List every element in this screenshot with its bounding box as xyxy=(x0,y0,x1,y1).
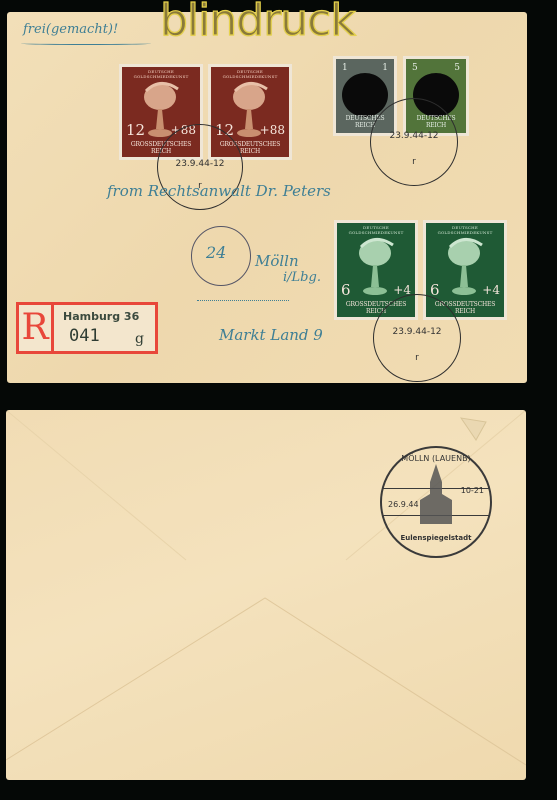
special-postmark: MÖLLN (LAUENB) 26.9.44 10-21 Eulenspiege… xyxy=(380,446,492,558)
stamp-value: 1 xyxy=(342,63,348,73)
registration-letter: R xyxy=(19,305,54,351)
handwritten-note: frei(gemacht)! xyxy=(23,22,118,37)
watermark: blindruck xyxy=(160,0,355,46)
postmark-date: 23.9.44-12 xyxy=(371,131,457,141)
circled-number: 24 xyxy=(191,226,251,286)
registration-number: 041 xyxy=(69,326,100,346)
postmark-top-text: MÖLLN (LAUENB) xyxy=(382,454,490,463)
postmark-letter: r xyxy=(371,157,457,167)
envelope-back: MÖLLN (LAUENB) 26.9.44 10-21 Eulenspiege… xyxy=(6,410,526,780)
nautilus-cup-icon xyxy=(353,233,399,305)
stamp-surcharge: +4 xyxy=(482,283,500,297)
sender-line: from Rechtsanwalt Dr. Peters xyxy=(107,182,331,200)
registration-office: Hamburg 36 xyxy=(63,310,139,323)
postmark-time: 10-21 xyxy=(461,486,484,495)
address-line-1: Mölln xyxy=(255,252,299,270)
registration-suffix: g xyxy=(135,331,144,347)
stamp-surcharge: +88 xyxy=(260,123,285,137)
obliterated-portrait xyxy=(342,73,388,117)
postmark-date: 23.9.44-12 xyxy=(158,159,242,169)
circled-number-text: 24 xyxy=(206,243,226,262)
address-underline xyxy=(197,297,289,301)
registration-label: R Hamburg 36 041 g xyxy=(16,302,158,354)
postmark-date: 23.9.44-12 xyxy=(374,327,460,337)
address-line-3: Markt Land 9 xyxy=(219,326,323,344)
stamp-value: 5 xyxy=(412,63,418,73)
stamp-value: 12 xyxy=(126,121,145,139)
stamp-value: 6 xyxy=(341,281,351,299)
postmark: 23.9.44-12 r xyxy=(370,98,458,186)
stamp-value: 5 xyxy=(454,63,460,73)
church-icon xyxy=(416,464,456,526)
postmark-letter: r xyxy=(374,353,460,363)
postmark: 23.9.44-12 r xyxy=(373,294,461,382)
address-line-2: i/Lbg. xyxy=(283,270,321,285)
underline xyxy=(21,42,151,45)
nautilus-cup-icon xyxy=(442,233,488,305)
postmark-bottom-text: Eulenspiegelstadt xyxy=(382,534,490,542)
stamp-value: 1 xyxy=(382,63,388,73)
